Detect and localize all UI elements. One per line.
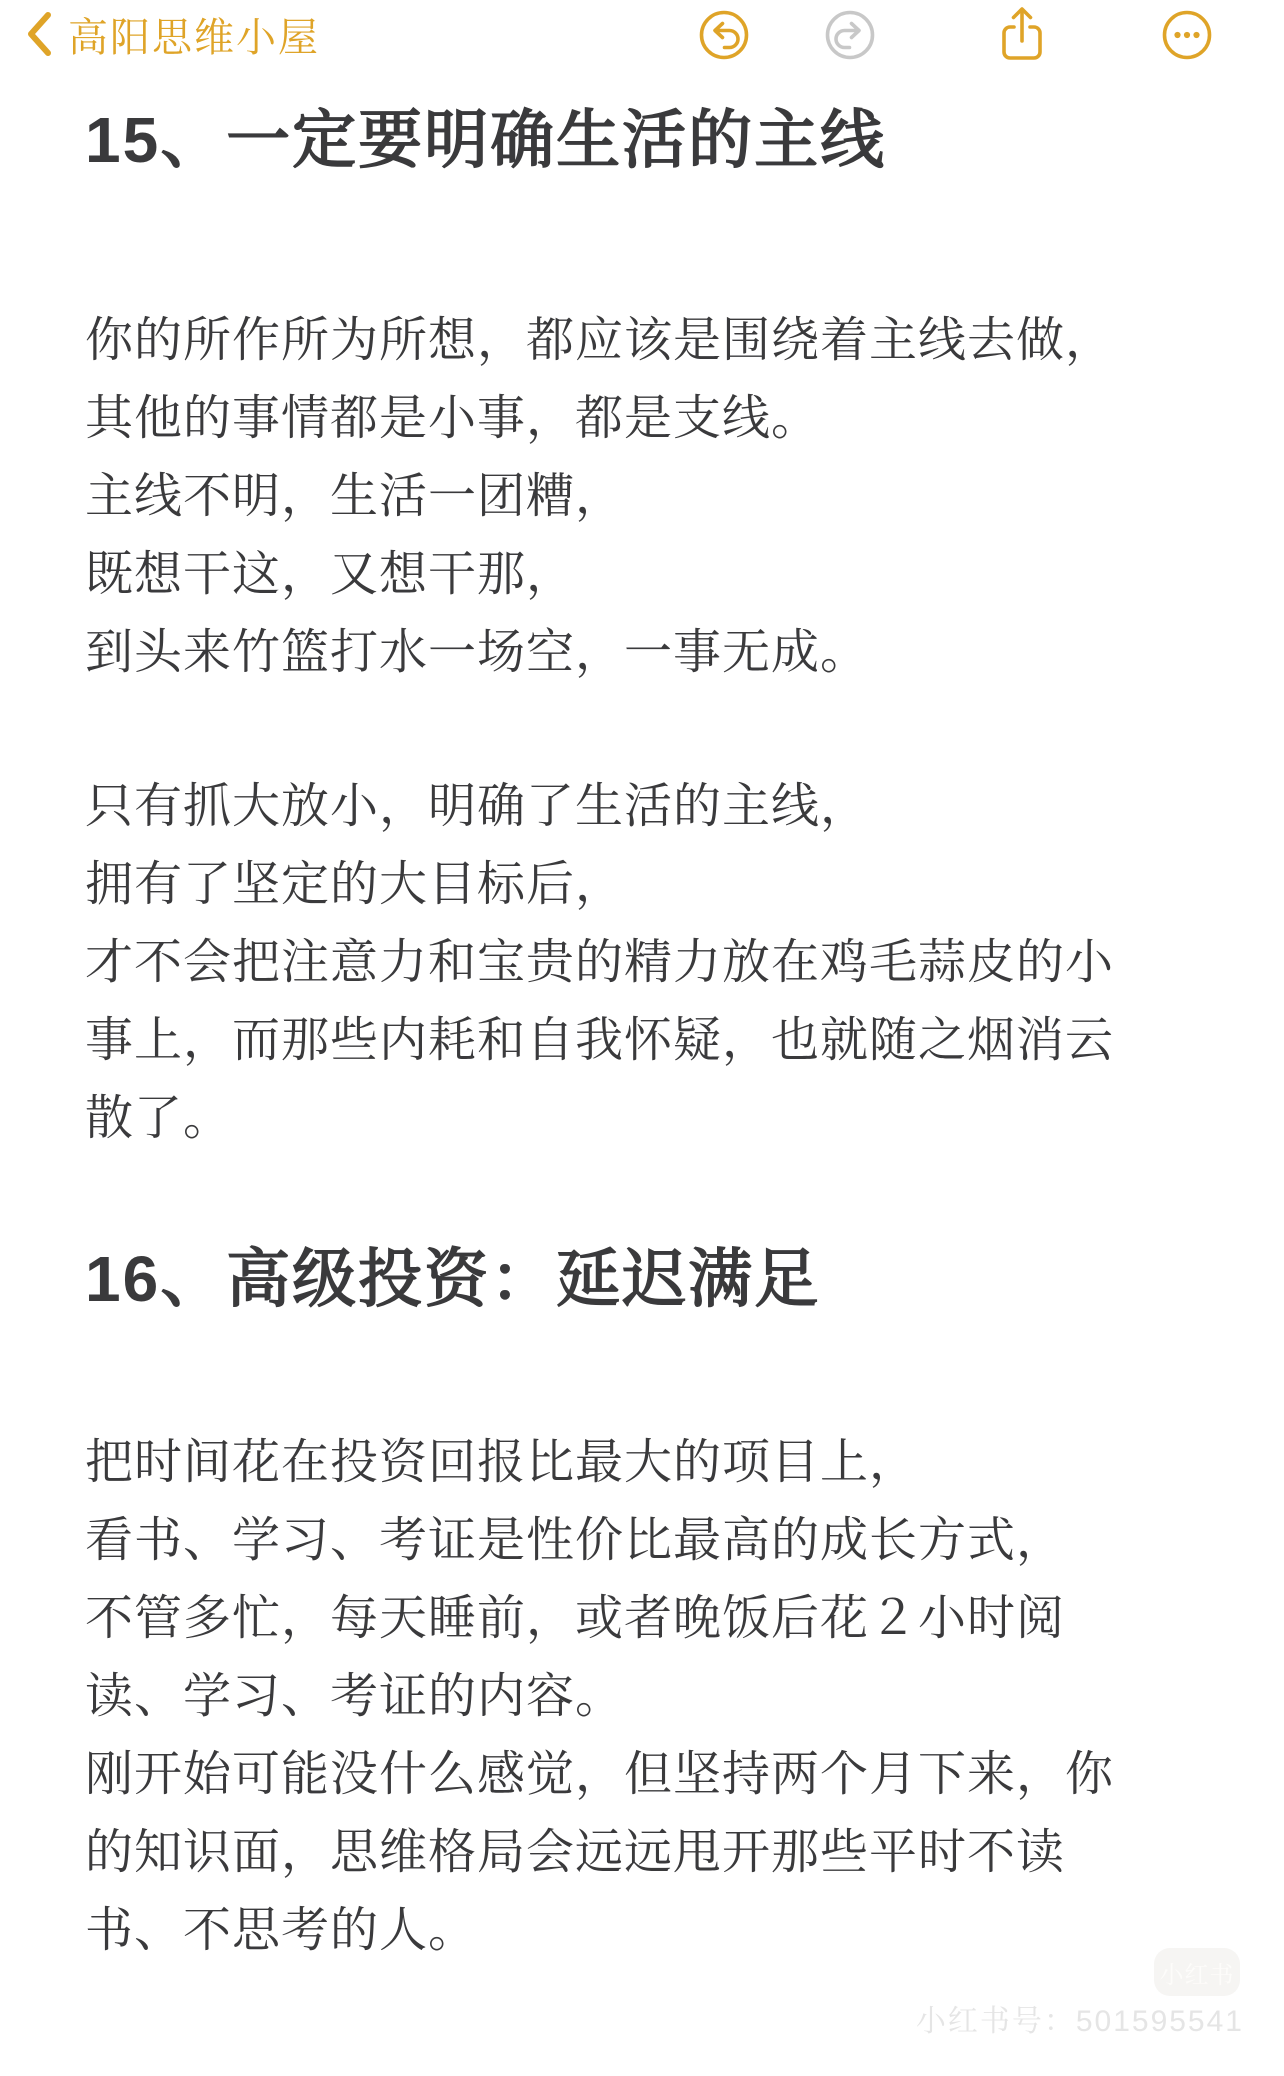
xiaohongshu-logo-badge: 小红书: [1154, 1948, 1240, 1996]
paragraph: 你的所作所为所想，都应该是围绕着主线去做，其他的事情都是小事，都是支线。主线不明…: [85, 302, 1225, 692]
text-line: 事上，而那些内耗和自我怀疑，也就随之烟消云: [85, 1002, 1225, 1080]
more-options-icon[interactable]: [1161, 9, 1213, 61]
back-button[interactable]: 高阳思维小屋: [24, 6, 320, 62]
text-line: 才不会把注意力和宝贵的精力放在鸡毛蒜皮的小: [85, 924, 1225, 1002]
paragraph: 只有抓大放小，明确了生活的主线，拥有了坚定的大目标后，才不会把注意力和宝贵的精力…: [85, 768, 1225, 1158]
text-line: 只有抓大放小，明确了生活的主线，: [85, 768, 1225, 846]
back-button-label: 高阳思维小屋: [68, 6, 320, 63]
text-line: 你的所作所为所想，都应该是围绕着主线去做，: [85, 302, 1225, 380]
undo-icon[interactable]: [698, 9, 750, 61]
text-line: 看书、学习、考证是性价比最高的成长方式，: [85, 1502, 1225, 1580]
note-content[interactable]: 15、一定要明确生活的主线 你的所作所为所想，都应该是围绕着主线去做，其他的事情…: [85, 70, 1225, 1970]
paragraph: 把时间花在投资回报比最大的项目上，看书、学习、考证是性价比最高的成长方式，不管多…: [85, 1424, 1225, 1970]
text-line: 其他的事情都是小事，都是支线。: [85, 380, 1225, 458]
text-line: 主线不明，生活一团糟，: [85, 458, 1225, 536]
section-heading-15: 15、一定要明确生活的主线: [85, 104, 1225, 176]
text-line: 不管多忙，每天睡前，或者晚饭后花２小时阅: [85, 1580, 1225, 1658]
text-line: 到头来竹篮打水一场空，一事无成。: [85, 614, 1225, 692]
navigation-bar: 高阳思维小屋: [0, 0, 1284, 70]
share-icon[interactable]: [994, 4, 1050, 64]
text-line: 把时间花在投资回报比最大的项目上，: [85, 1424, 1225, 1502]
text-line: 拥有了坚定的大目标后，: [85, 846, 1225, 924]
text-line: 书、不思考的人。: [85, 1892, 1225, 1970]
text-line: 散了。: [85, 1080, 1225, 1158]
xiaohongshu-id-watermark: 小红书号：501595541: [916, 2004, 1244, 2040]
text-line: 刚开始可能没什么感觉，但坚持两个月下来，你: [85, 1736, 1225, 1814]
chevron-left-icon: [24, 10, 54, 58]
text-line: 读、学习、考证的内容。: [85, 1658, 1225, 1736]
redo-icon[interactable]: [824, 9, 876, 61]
section-heading-16: 16、高级投资：延迟满足: [85, 1243, 1225, 1315]
text-line: 既想干这，又想干那，: [85, 536, 1225, 614]
text-line: 的知识面，思维格局会远远甩开那些平时不读: [85, 1814, 1225, 1892]
